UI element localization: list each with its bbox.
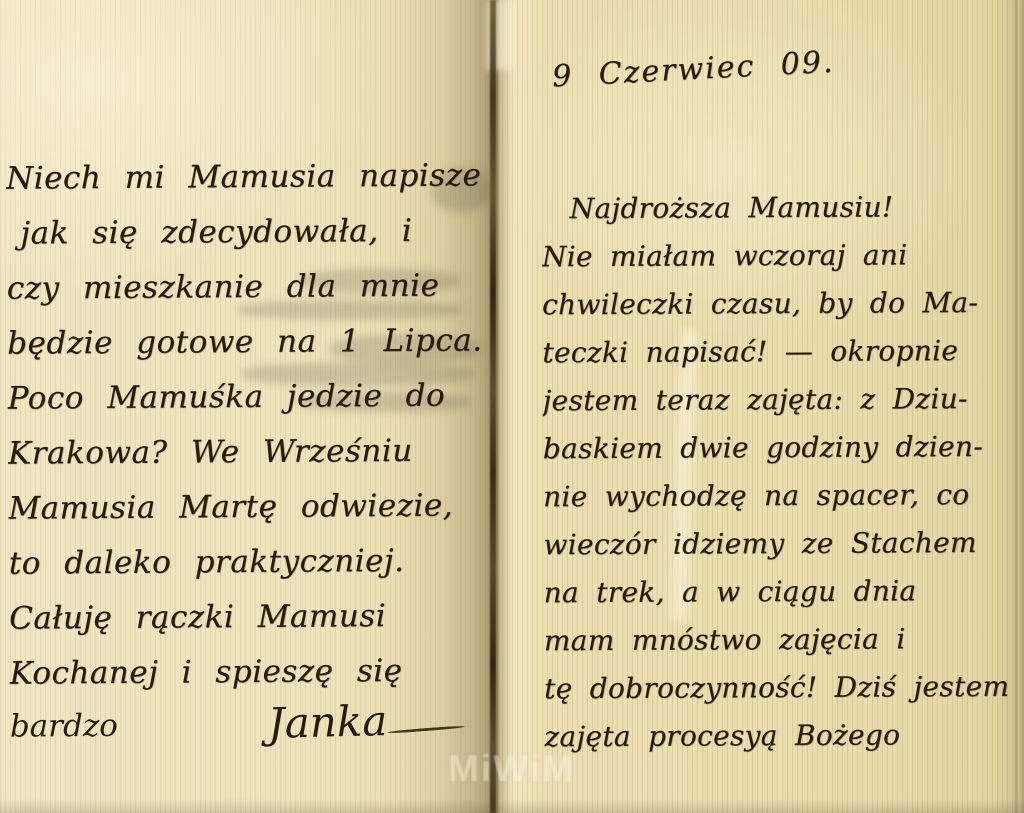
handwritten-line: Niech mi Mamusia napisze (6, 148, 488, 206)
letter-scan: 9 Czerwiec 09. Niech mi Mamusia napisze … (0, 0, 1024, 813)
handwritten-line: baskiem dwie godziny dzien- (543, 423, 1021, 474)
handwritten-line: Całuję rączki Mamusi (9, 588, 491, 646)
right-page-text: Najdroższa Mamusiu! Nie miałam wczoraj a… (541, 183, 1022, 761)
handwritten-line: Krakowa? We Wrześniu (8, 423, 490, 481)
handwritten-line: czy mieszkanie dla mnie (7, 258, 489, 316)
handwritten-line: Najdroższa Mamusiu! (541, 183, 1019, 234)
gutter-shadow (490, 0, 496, 813)
handwritten-line: to daleko praktyczniej. (9, 533, 491, 591)
handwritten-line: chwileczki czasu, by do Ma- (542, 279, 1020, 330)
handwritten-line: zajęta procesyą Bożego (544, 711, 1022, 762)
signature: Janka (267, 698, 388, 747)
handwritten-line: wieczór idziemy ze Stachem (543, 519, 1021, 570)
handwritten-line: Nie miałam wczoraj ani (542, 231, 1020, 282)
handwritten-line: Kochanej i spieszę się (9, 643, 491, 701)
handwritten-line: nie wychodzę na spacer, co (543, 471, 1021, 522)
handwritten-line: tę dobroczynność! Dziś jestem (544, 663, 1022, 714)
handwritten-line: na trek, a w ciągu dnia (544, 567, 1022, 618)
left-page-text: Niech mi Mamusia napisze jak się zdecydo… (6, 148, 492, 759)
handwritten-line: mam mnóstwo zajęcia i (544, 615, 1022, 666)
handwritten-line: teczki napisać! — okropnie (542, 327, 1020, 378)
handwritten-line: będzie gotowe na 1 Lipca. (7, 313, 489, 371)
closing-word: bardzo (10, 701, 118, 752)
watermark: MiWiM (448, 748, 575, 790)
handwritten-line: jestem teraz zajęta: z Dziu- (543, 375, 1021, 426)
closing-row: bardzo Janka (10, 698, 492, 759)
handwritten-line: Mamusia Martę odwiezie, (8, 478, 490, 536)
handwritten-line: jak się zdecydowała, i (6, 203, 488, 261)
handwritten-line: Poco Mamuśka jedzie do (7, 368, 489, 426)
